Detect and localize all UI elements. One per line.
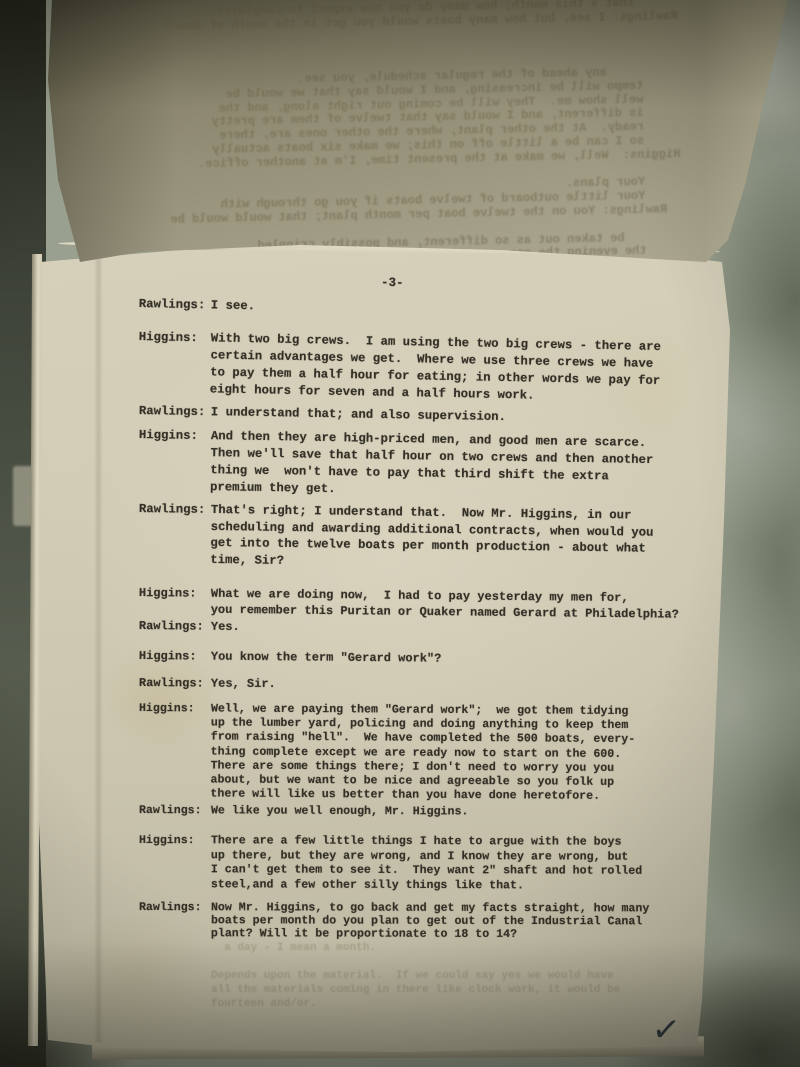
speaker-label: Higgins: <box>139 834 195 849</box>
dialogue-text: You know the term "Gerard work"? <box>211 650 709 669</box>
dialogue-entry: Higgins: What we are doing now, I had to… <box>139 585 709 623</box>
speaker-label: Higgins: <box>139 702 195 717</box>
mirrored-ghost-text: that's this month; how many do you now e… <box>97 0 682 270</box>
dialogue-text: Now Mr. Higgins, to go back and get my f… <box>211 901 709 942</box>
speaker-label: Rawlings: <box>139 501 206 518</box>
dialogue-text: And then they are high-priced men, and g… <box>210 428 709 504</box>
speaker-label: Rawlings: <box>139 901 202 914</box>
dialogue-text: With two big crews. I am using the two b… <box>210 330 709 408</box>
dialogue-entry: Higgins: You know the term "Gerard work"… <box>139 649 709 669</box>
dialogue-text: What we are doing now, I had to pay yest… <box>211 586 709 623</box>
speaker-label: Higgins: <box>139 585 197 602</box>
speaker-label: Rawlings: <box>139 296 206 313</box>
page-number: -3- <box>381 276 404 290</box>
dialogue-entry: Higgins: Well, we are paying them "Gerar… <box>138 702 709 805</box>
dialogue-text: Yes. <box>211 620 709 640</box>
dialogue-entry: Higgins: There are a few little things I… <box>139 834 709 894</box>
dialogue-text: Yes, Sir. <box>211 677 709 696</box>
photo-of-document: -3- Rawlings: I see. Higgins: With two b… <box>0 0 800 1067</box>
bleed-through-text: a day - I mean a month. Depends upon the… <box>211 941 681 1011</box>
dialogue-text: There are a few little things I hate to … <box>211 834 709 894</box>
dialogue-text: That's right; I understand that. Now Mr.… <box>210 502 709 575</box>
previous-page-back: that's this month; how many do you now e… <box>0 0 800 272</box>
speaker-label: Rawlings: <box>139 804 202 818</box>
speaker-label: Higgins: <box>139 329 198 347</box>
speaker-label: Rawlings: <box>139 619 204 635</box>
dialogue-entry: Rawlings: That's right; I understand tha… <box>138 501 709 574</box>
speaker-label: Higgins: <box>139 649 197 665</box>
dialogue-entry: Higgins: With two big crews. I am using … <box>138 329 709 408</box>
dialogue-text: We like you well enough, Mr. Higgins. <box>211 804 709 820</box>
speaker-label: Higgins: <box>139 427 198 445</box>
speaker-label: Rawlings: <box>139 403 206 420</box>
checkmark-annotation: ✓ <box>650 1009 683 1052</box>
dialogue-entry: Higgins: And then they are high-priced m… <box>138 427 709 504</box>
dialogue-entry: Rawlings: Now Mr. Higgins, to go back an… <box>139 901 709 942</box>
dialogue-entry: Rawlings: I see. <box>139 296 709 323</box>
dialogue-text: Well, we are paying them "Gerard work"; … <box>210 702 709 804</box>
page-crease-shadow <box>94 252 103 1042</box>
speaker-label: Rawlings: <box>139 676 204 692</box>
dialogue-entry: Rawlings: We like you well enough, Mr. H… <box>139 804 709 820</box>
